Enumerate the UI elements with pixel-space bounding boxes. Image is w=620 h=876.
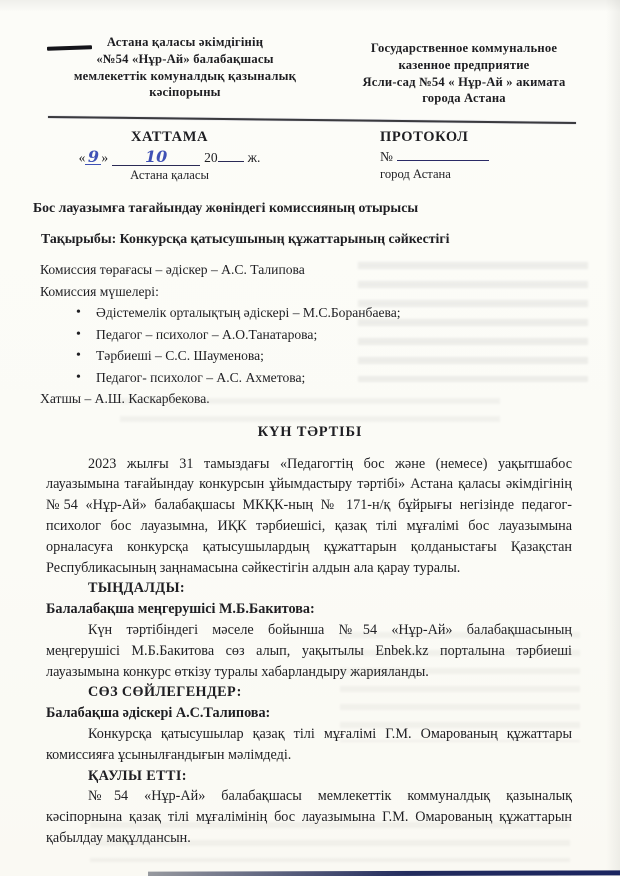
commission-member-item: •Тәрбиеші – С.С. Шауменова;: [40, 345, 574, 367]
handwritten-day: 9: [85, 149, 101, 165]
protocol-block-russian: ПРОТОКОЛ № город Астана: [380, 129, 550, 183]
protocol-block-kazakh: ХАТТАМА «9»1020ж. Астана қаласы: [62, 129, 277, 183]
commission-members-label: Комиссия мүшелері:: [40, 281, 574, 303]
resolved-paragraph: №54 «Нұр-Ай» балабақшасы мемлекеттік ком…: [46, 786, 572, 848]
quote-open: «: [79, 150, 86, 165]
commission-member-text: Педагог – психолог – А.О.Танатарова;: [96, 327, 317, 342]
number-sign: №: [380, 149, 393, 164]
year-underline: [218, 161, 244, 162]
year-prefix: 20: [204, 150, 218, 165]
org-kz-line: кәсіпорыны: [44, 84, 326, 101]
org-kz-line: мемлекеттік комуналдық қазыналық: [44, 68, 326, 85]
bullet-icon: •: [76, 302, 81, 324]
scanned-protocol-document: Астана қаласы әкімдігінің «№54 «Нұр-Ай» …: [0, 0, 620, 876]
commission-section: Комиссия төрағасы – әдіскер – А.С. Талип…: [40, 259, 574, 410]
org-ru-line: Государственное коммунальное: [330, 40, 598, 57]
agenda-heading: КҮН ТӘРТІБІ: [0, 424, 620, 441]
commission-secretary: Хатшы – А.Ш. Каскарбекова.: [40, 388, 574, 410]
topic-title: Тақырыбы: Конкурсқа қатысушының құжаттар…: [41, 231, 580, 247]
commission-member-text: Тәрбиеші – С.С. Шауменова;: [96, 348, 264, 363]
scan-edge-band: [148, 870, 620, 876]
org-ru-line: Ясли-сад №54 « Нұр-Ай » акимата: [330, 74, 598, 91]
bullet-icon: •: [76, 324, 81, 346]
protocol-title-kz: ХАТТАМА: [62, 129, 277, 146]
commission-member-item: •Педагог- психолог – А.С. Ахметова;: [40, 367, 574, 389]
protocol-title-ru: ПРОТОКОЛ: [380, 129, 550, 146]
org-name-russian: Государственное коммунальное казенное пр…: [330, 34, 598, 107]
letterhead: Астана қаласы әкімдігінің «№54 «Нұр-Ай» …: [0, 0, 620, 107]
commission-member-item: •Педагог – психолог – А.О.Танатарова;: [40, 324, 574, 346]
number-underline: [397, 160, 489, 161]
bullet-icon: •: [76, 345, 81, 367]
commission-member-text: Әдістемелік орталықтың әдіскері – М.С.Бо…: [96, 305, 401, 320]
heard-speaker: Балалабақша меңгерушісі М.Б.Бакитова:: [46, 599, 572, 620]
org-kz-line: «№54 «Нұр-Ай» балабақшасы: [44, 51, 326, 68]
protocol-number-line: №: [380, 149, 550, 165]
commission-member-item: •Әдістемелік орталықтың әдіскері – М.С.Б…: [40, 302, 574, 324]
resolved-label: ҚАУЛЫ ЕТТІ:: [46, 766, 572, 787]
meeting-title: Бос лауазымға тағайындау жөніндегі комис…: [33, 200, 580, 216]
speeches-label: СӨЗ СӨЙЛЕГЕНДЕР:: [46, 682, 572, 703]
handwritten-month: 10: [145, 147, 167, 166]
speeches-speaker: Балабақша әдіскері А.С.Талипова:: [46, 703, 572, 724]
month-underline: 10: [112, 149, 200, 166]
commission-members-list: •Әдістемелік орталықтың әдіскері – М.С.Б…: [40, 302, 574, 388]
protocol-place-kz: Астана қаласы: [62, 168, 277, 183]
protocol-date-line: «9»1020ж.: [62, 149, 277, 166]
protocol-header-row: ХАТТАМА «9»1020ж. Астана қаласы ПРОТОКОЛ…: [0, 121, 620, 183]
commission-member-text: Педагог- психолог – А.С. Ахметова;: [96, 370, 305, 385]
speeches-paragraph: Конкурсқа қатысушылар қазақ тілі мұғалім…: [46, 724, 572, 766]
year-suffix: ж.: [248, 150, 261, 165]
org-ru-line: города Астана: [330, 90, 598, 107]
protocol-place-ru: город Астана: [380, 167, 550, 182]
quote-close: »: [101, 150, 108, 165]
agenda-paragraph: 2023 жылғы 31 тамыздағы «Педагогтің бос …: [46, 454, 572, 579]
heard-paragraph: Күн тәртібіндегі мәселе бойынша №54 «Нұр…: [46, 620, 572, 682]
org-ru-line: казенное предприятие: [330, 57, 598, 74]
bullet-icon: •: [76, 367, 81, 389]
commission-chair: Комиссия төрағасы – әдіскер – А.С. Талип…: [40, 259, 574, 281]
heard-label: ТЫҢДАЛДЫ:: [46, 578, 572, 599]
